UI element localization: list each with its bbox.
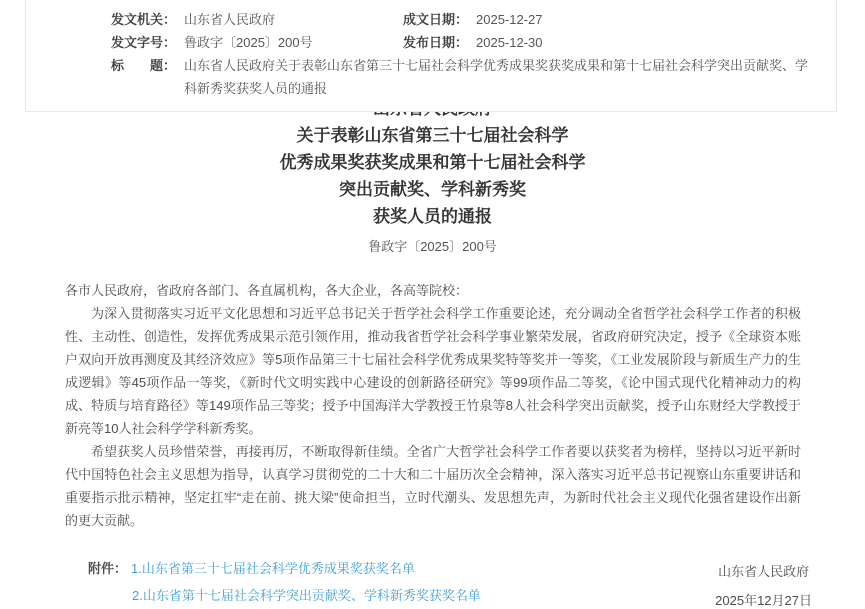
meta-row-2: 发文字号： 鲁政字〔2025〕200号 发布日期： 2025-12-30 — [26, 31, 816, 54]
document-meta-header: 发文机关： 山东省人民政府 成文日期： 2025-12-27 发文字号： 鲁政字… — [25, 0, 837, 112]
title-line-5: 获奖人员的通报 — [0, 203, 865, 230]
document-number: 鲁政字〔2025〕200号 — [0, 235, 865, 258]
paragraph-2: 希望获奖人员珍惜荣誉，再接再厉，不断取得新佳绩。全省广大哲学社会科学工作者要以获… — [65, 440, 801, 532]
meta-field-written-date: 成文日期： 2025-12-27 — [403, 8, 543, 31]
signature-issuer: 山东省人民政府 — [715, 560, 812, 583]
signature-block: 山东省人民政府 2025年12月27日 — [715, 560, 812, 609]
salutation: 各市人民政府，省政府各部门、各直属机构，各大企业，各高等院校： — [65, 279, 801, 302]
title-line-4: 突出贡献奖、学科新秀奖 — [0, 176, 865, 203]
doc-number-label: 发文字号： — [111, 31, 176, 54]
meta-field-doc-number: 发文字号： 鲁政字〔2025〕200号 — [26, 31, 403, 54]
document-page: 发文机关： 山东省人民政府 成文日期： 2025-12-27 发文字号： 鲁政字… — [0, 0, 865, 609]
title-label: 标 题： — [111, 54, 176, 100]
attachments-label: 附件： — [88, 555, 127, 582]
doc-number-value: 鲁政字〔2025〕200号 — [184, 31, 313, 54]
document-title: 山东省人民政府 关于表彰山东省第三十七届社会科学 优秀成果奖获奖成果和第十七届社… — [0, 95, 865, 230]
title-value: 山东省人民政府关于表彰山东省第三十七届社会科学优秀成果奖获奖成果和第十七届社会科… — [184, 54, 816, 100]
issuing-agency-value: 山东省人民政府 — [184, 8, 275, 31]
publish-date-label: 发布日期： — [403, 31, 468, 54]
title-line-3: 优秀成果奖获奖成果和第十七届社会科学 — [0, 149, 865, 176]
document-body: 各市人民政府，省政府各部门、各直属机构，各大企业，各高等院校： 为深入贯彻落实习… — [65, 279, 801, 532]
meta-row-1: 发文机关： 山东省人民政府 成文日期： 2025-12-27 — [26, 8, 816, 31]
issuing-agency-label: 发文机关： — [111, 8, 176, 31]
title-line-2: 关于表彰山东省第三十七届社会科学 — [0, 122, 865, 149]
written-date-label: 成文日期： — [403, 8, 468, 31]
attachment-link-1[interactable]: 1.山东省第三十七届社会科学优秀成果奖获奖名单 — [131, 555, 415, 582]
meta-field-issuing-agency: 发文机关： 山东省人民政府 — [26, 8, 403, 31]
signature-date: 2025年12月27日 — [715, 589, 812, 609]
meta-field-publish-date: 发布日期： 2025-12-30 — [403, 31, 543, 54]
publish-date-value: 2025-12-30 — [476, 31, 543, 54]
written-date-value: 2025-12-27 — [476, 8, 543, 31]
meta-field-title: 标 题： 山东省人民政府关于表彰山东省第三十七届社会科学优秀成果奖获奖成果和第十… — [26, 54, 816, 100]
meta-row-3: 标 题： 山东省人民政府关于表彰山东省第三十七届社会科学优秀成果奖获奖成果和第十… — [26, 54, 816, 100]
paragraph-1: 为深入贯彻落实习近平文化思想和习近平总书记关于哲学社会科学工作重要论述，充分调动… — [65, 302, 801, 440]
attachment-link-2[interactable]: 2.山东省第十七届社会科学突出贡献奖、学科新秀奖获奖名单 — [132, 588, 481, 603]
